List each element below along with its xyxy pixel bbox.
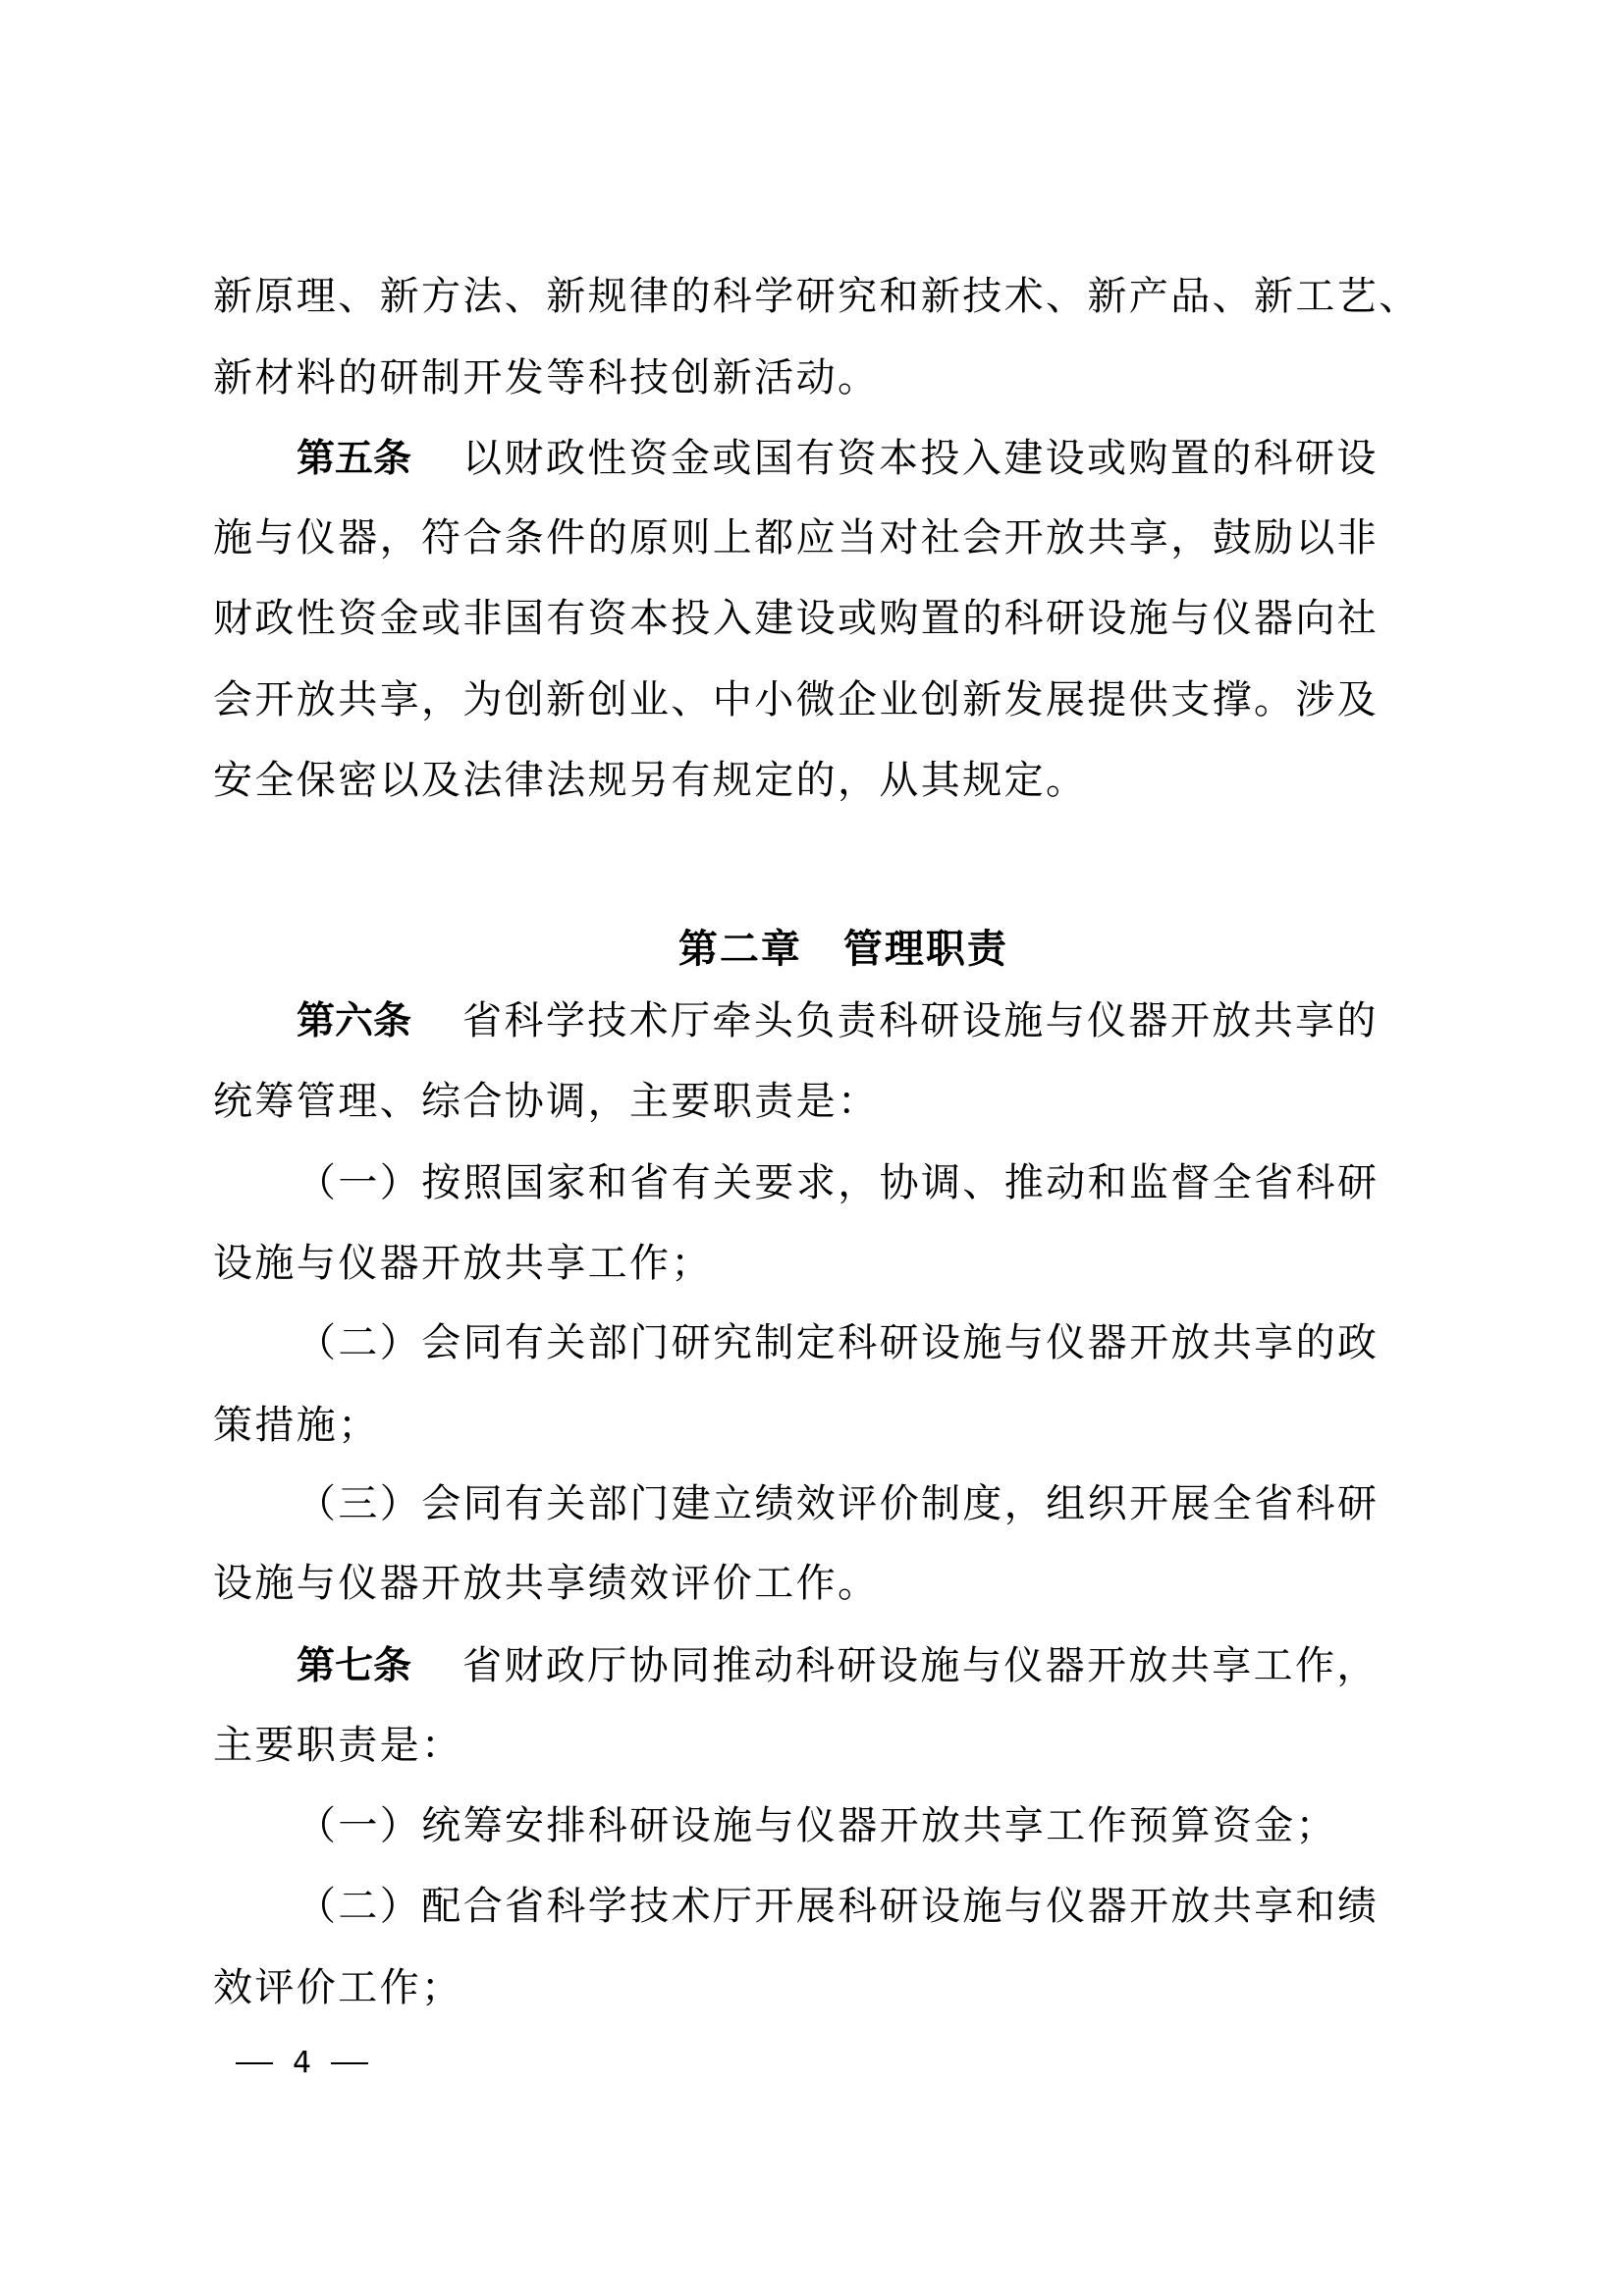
body-line: 统筹管理、综合协调，主要职责是： — [213, 1077, 879, 1126]
list-item-line: （二）会同有关部门研究制定科研设施与仪器开放共享的政 — [297, 1318, 1379, 1367]
article-label: 第六条 — [297, 999, 411, 1043]
article-7-first-line: 第七条省财政厅协同推动科研设施与仪器开放共享工作， — [297, 1641, 1379, 1690]
article-text: 省财政厅协同推动科研设施与仪器开放共享工作， — [462, 1643, 1379, 1688]
article-text: 省科学技术厅牵头负责科研设施与仪器开放共享的 — [462, 998, 1379, 1043]
document-page: 新原理、新方法、新规律的科学研究和新技术、新产品、新工艺、 新材料的研制开发等科… — [0, 0, 1624, 2296]
list-item-line: （一）按照国家和省有关要求，协调、推动和监督全省科研 — [297, 1158, 1379, 1207]
body-line: 会开放共享，为创新创业、中小微企业创新发展提供支撑。涉及 — [213, 675, 1379, 724]
body-line: 主要职责是： — [213, 1721, 462, 1770]
chapter-heading: 第二章 管理职责 — [0, 876, 1624, 925]
chapter-number: 第二章 — [678, 927, 802, 972]
article-label: 第五条 — [297, 437, 411, 481]
article-text: 以财政性资金或国有资本投入建设或购置的科研设 — [462, 436, 1379, 481]
list-item-line: （三）会同有关部门建立绩效评价制度，组织开展全省科研 — [297, 1479, 1379, 1528]
list-item-line: （二）配合省科学技术厅开展科研设施与仪器开放共享和绩 — [297, 1882, 1379, 1931]
article-6-first-line: 第六条省科学技术厅牵头负责科研设施与仪器开放共享的 — [297, 996, 1379, 1045]
body-line: 设施与仪器开放共享绩效评价工作。 — [213, 1559, 879, 1608]
body-line: 新材料的研制开发等科技创新活动。 — [213, 353, 879, 402]
page-number-value: 4 — [293, 2046, 311, 2081]
body-line: 新原理、新方法、新规律的科学研究和新技术、新产品、新工艺、 — [213, 272, 1421, 321]
article-5-first-line: 第五条以财政性资金或国有资本投入建设或购置的科研设 — [297, 434, 1379, 483]
body-line: 施与仪器，符合条件的原则上都应当对社会开放共享，鼓励以非 — [213, 513, 1379, 562]
body-line: 策措施； — [213, 1401, 380, 1450]
chapter-spacer — [802, 927, 843, 972]
article-label: 第七条 — [297, 1644, 411, 1688]
body-line: 安全保密以及法律法规另有规定的，从其规定。 — [213, 756, 1087, 805]
list-item-line: （一）统筹安排科研设施与仪器开放共享工作预算资金； — [297, 1801, 1337, 1850]
page-number-dash-left — [236, 2062, 273, 2064]
chapter-title: 管理职责 — [843, 927, 1008, 972]
body-line: 设施与仪器开放共享工作； — [213, 1239, 713, 1288]
body-line: 财政性资金或非国有资本投入建设或购置的科研设施与仪器向社 — [213, 594, 1379, 643]
page-number-dash-right — [331, 2062, 368, 2064]
page-number: 4 — [236, 2046, 368, 2081]
body-line: 效评价工作； — [213, 1963, 462, 2012]
